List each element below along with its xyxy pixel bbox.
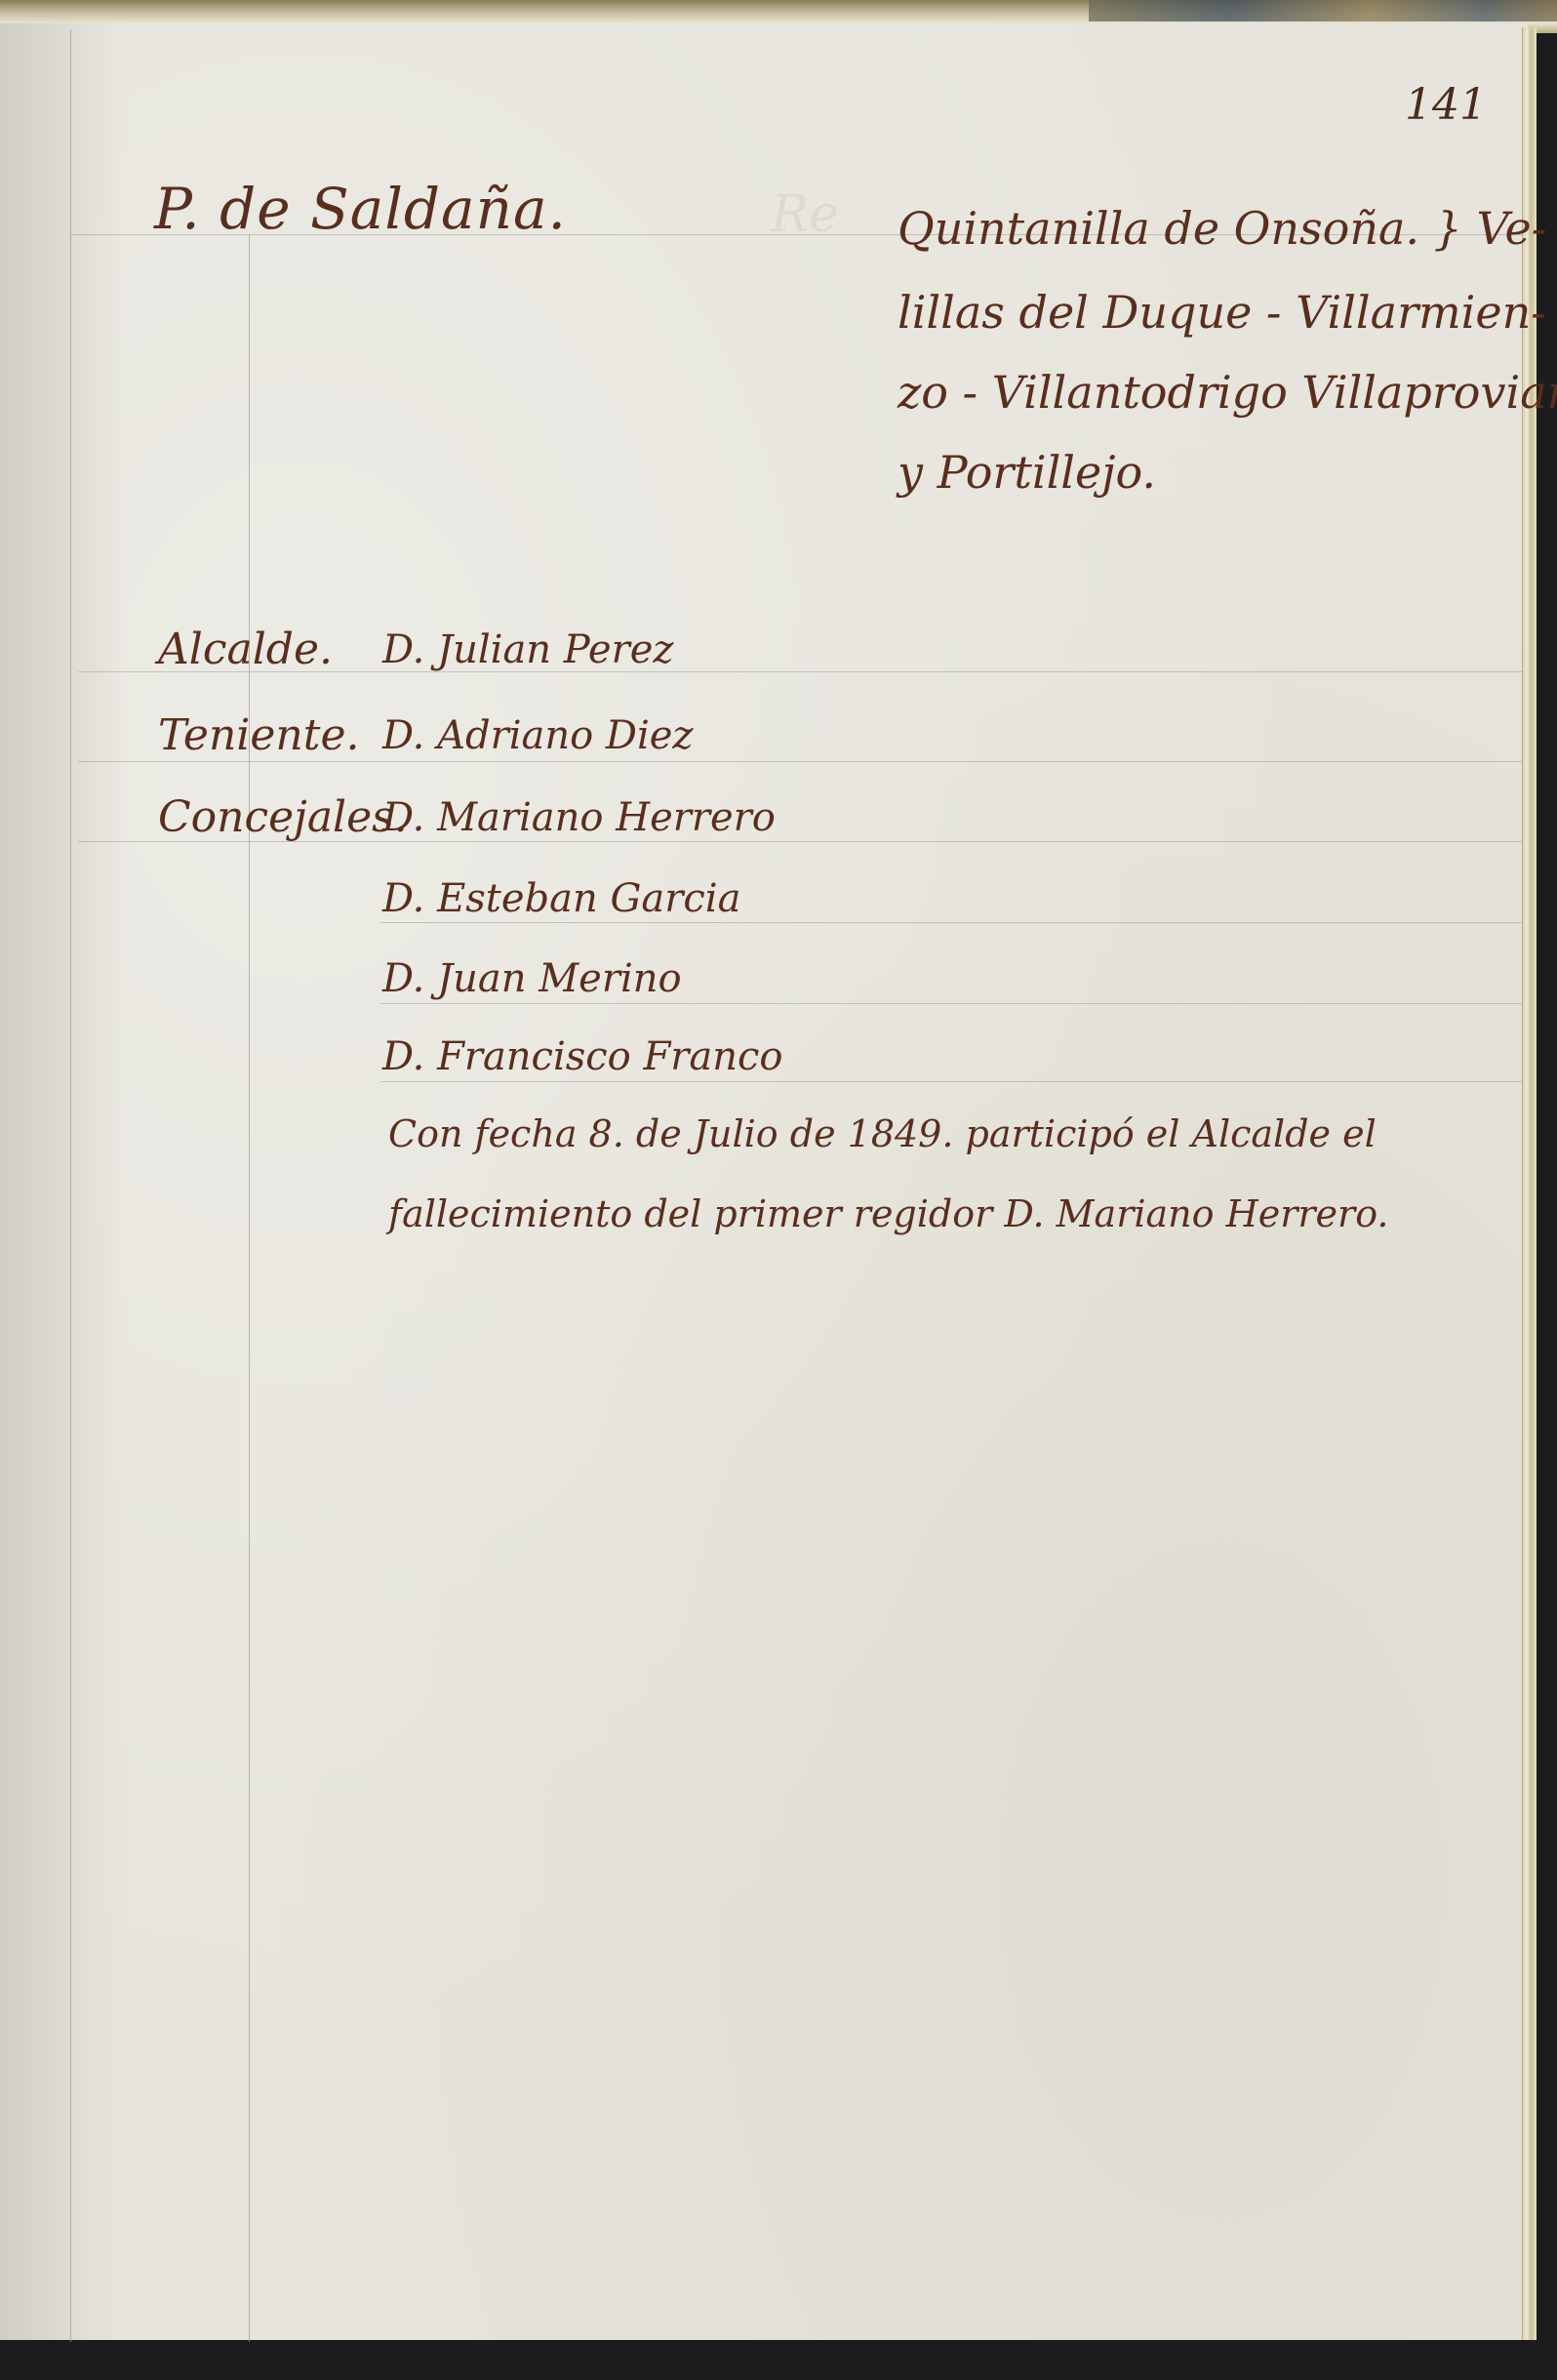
official-name: D. Adriano Diez xyxy=(382,713,694,758)
note-line: fallecimiento del primer regidor D. Mari… xyxy=(388,1192,1389,1235)
official-name: D. Julian Perez xyxy=(382,627,673,672)
margin-rule-left xyxy=(70,29,71,2342)
bleed-through-text: Re xyxy=(771,185,839,244)
margin-rule-column xyxy=(249,234,250,2342)
row-rule-6 xyxy=(380,1081,1522,1082)
row-rule-4 xyxy=(380,922,1522,923)
marbled-edge xyxy=(1089,0,1557,21)
towns-line: y Portillejo. xyxy=(898,431,1156,513)
towns-line: Quintanilla de Onsoña. } Ve- xyxy=(898,187,1546,269)
page-gutter-shadow xyxy=(0,23,127,2346)
page-number: 141 xyxy=(1405,80,1487,130)
row-rule-2 xyxy=(78,761,1522,762)
towns-line: zo - Villantodrigo Villaproviano- xyxy=(898,351,1557,433)
row-rule-5 xyxy=(380,1003,1522,1004)
official-name: D. Mariano Herrero xyxy=(382,795,776,840)
role-label-alcalde: Alcalde. xyxy=(158,625,333,674)
background-table xyxy=(0,2340,1557,2380)
official-name: D. Esteban Garcia xyxy=(382,876,740,921)
note-line: Con fecha 8. de Julio de 1849. participó… xyxy=(388,1112,1377,1155)
official-name: D. Juan Merino xyxy=(382,956,682,1001)
district-heading: P. de Saldaña. xyxy=(154,176,567,242)
towns-line: lillas del Duque - Villarmien- xyxy=(898,271,1546,353)
official-name: D. Francisco Franco xyxy=(382,1034,782,1079)
role-label-teniente: Teniente. xyxy=(158,710,359,760)
role-label-concejales: Concejales. xyxy=(158,792,408,842)
